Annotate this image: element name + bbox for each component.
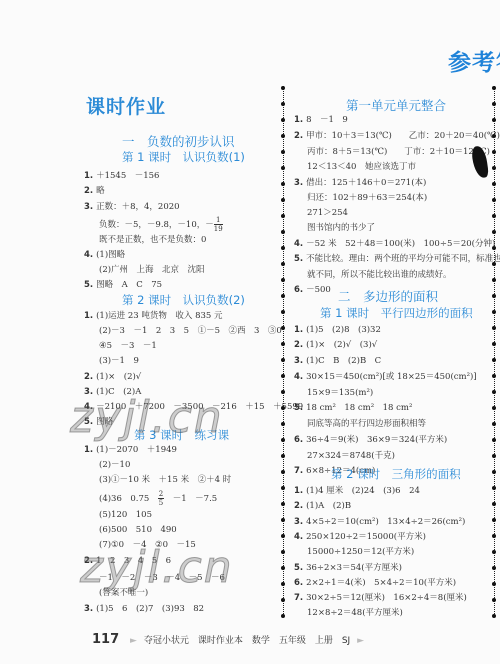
answer-line: 5. 图略 A C 75 — [84, 278, 162, 290]
question-number: 1. — [294, 486, 306, 496]
answer-text: ＋1545 －156 — [96, 171, 159, 181]
answer-text: (6)500 510 490 — [99, 525, 177, 535]
divider-dot — [281, 198, 285, 202]
question-number: 2. — [294, 131, 306, 141]
answer-line: (5)120 105 — [99, 508, 152, 520]
divider-dot — [492, 150, 496, 154]
answer-text: (1)× (2)√ (3)√ — [306, 340, 377, 350]
answer-text: 27×324＝8748(千克) — [307, 451, 395, 461]
divider-dot — [281, 598, 285, 602]
question-number: 2. — [294, 340, 306, 350]
answer-text: 归还：102＋89＋63＝254(本) — [307, 193, 427, 203]
right-lesson1-title: 第 1 课时 平行四边形的面积 — [320, 305, 473, 321]
answer-line: 图书馆内的书少了 — [307, 221, 375, 233]
answer-text: 30×15＝450(cm²)[或 18×25＝450(cm²)] — [306, 372, 477, 382]
answer-text: 借出：125＋146＋0＝271(本) — [306, 178, 426, 188]
question-number: 3. — [84, 604, 96, 614]
answer-line: (3)①－10 米 ＋15 米 ②＋4 时 — [99, 473, 231, 485]
divider-dot — [492, 454, 496, 458]
answer-text: (3)－1 9 — [99, 356, 139, 366]
question-number: 4. — [294, 372, 306, 382]
answer-text: (2)－10 — [99, 460, 130, 470]
answer-line: (6)500 510 490 — [99, 523, 177, 535]
answer-line: 5. 不能比较。理由：两个班的平均分可能不同，标准也 — [294, 252, 500, 264]
page-number: 117 — [92, 632, 119, 647]
answer-line: 6. 2×2÷1＝4(米) 5×4÷2＝10(平方米) — [294, 576, 456, 588]
divider-dot — [281, 118, 285, 122]
answer-line: 15×9＝135(m²) — [307, 386, 373, 398]
reference-answers-heading: 参考答 — [448, 44, 500, 77]
divider-dot — [492, 86, 496, 90]
answer-text: (4)36 0.75 — [99, 494, 158, 504]
answer-line: 4. (1)图略 — [84, 248, 125, 260]
divider-dot — [492, 502, 496, 506]
answer-text: 丙市：8＋5＝13(℃) 丁市：2＋10＝12(℃) — [307, 147, 490, 157]
answer-text: 15000÷1250＝12(平方米) — [307, 547, 414, 557]
column-divider-right — [494, 86, 495, 616]
answer-line: (2)－3 －1 2 3 5 ①－5 ②西 3 ③0 — [99, 324, 282, 336]
divider-dot — [492, 326, 496, 330]
divider-dot — [281, 246, 285, 250]
answer-line: 3. 4×5÷2＝10(cm²) 13×4÷2＝26(cm²) — [294, 515, 465, 527]
divider-dot — [281, 182, 285, 186]
divider-dot — [492, 470, 496, 474]
answer-text: 12＜13＜40 她应该选丁市 — [307, 162, 416, 172]
divider-dot — [281, 262, 285, 266]
answer-line: 负数：－5，－9.8，－10，－119 — [99, 216, 223, 233]
question-number: 1. — [294, 325, 306, 335]
footer-text: 夺冠小状元 课时作业本 数学 五年级 上册 SJ — [144, 636, 350, 646]
divider-dot — [281, 550, 285, 554]
answer-text: 271＞254 — [307, 208, 348, 218]
answer-text: 2×2÷1＝4(米) 5×4÷2＝10(平方米) — [306, 578, 456, 588]
right-lesson2-title: 第 2 课时 三角形的面积 — [331, 466, 461, 482]
answer-text: (1)5 6 (2)7 (3)93 82 — [96, 604, 204, 614]
answer-line: 1. (1)运进 23 吨货物 收入 835 元 — [84, 309, 223, 321]
question-number: 1. — [84, 445, 96, 455]
divider-dot — [281, 326, 285, 330]
divider-dot — [281, 534, 285, 538]
answer-line: 5. 18 cm² 18 cm² 18 cm² — [294, 401, 412, 413]
question-number: 5. — [294, 563, 306, 573]
divider-dot — [492, 374, 496, 378]
divider-dot — [492, 358, 496, 362]
left-lesson2-title: 第 2 课时 认识负数(2) — [122, 292, 245, 308]
answer-line: 2. 甲市：10＋3＝13(℃) 乙市：20＋20＝40(℃) — [294, 129, 500, 141]
divider-dot — [492, 614, 496, 618]
answer-text: (2)广州 上海 北京 沈阳 — [99, 265, 205, 275]
divider-dot — [281, 390, 285, 394]
question-number: 1. — [84, 311, 96, 321]
question-number: 1. — [84, 171, 96, 181]
answer-text: 12×8÷2＝48(平方厘米) — [307, 608, 403, 618]
divider-dot — [492, 598, 496, 602]
question-number: 4. — [294, 532, 306, 542]
unit1-review-title: 第一单元单元整合 — [346, 96, 446, 114]
answer-line: 1. (1)－2070 ＋1949 — [84, 443, 177, 455]
divider-dot — [492, 550, 496, 554]
answer-line: 15000÷1250＝12(平方米) — [307, 545, 414, 557]
divider-dot — [281, 566, 285, 570]
question-number: 1. — [294, 115, 306, 125]
divider-dot — [492, 214, 496, 218]
question-number: 6. — [294, 578, 306, 588]
divider-dot — [281, 134, 285, 138]
divider-dot — [492, 566, 496, 570]
answer-text: －500 — [306, 285, 331, 295]
divider-dot — [281, 342, 285, 346]
answer-text: (1)运进 23 吨货物 收入 835 元 — [96, 311, 222, 321]
answer-text: －1 －7.5 — [164, 494, 217, 504]
answer-text: (1)图略 — [96, 250, 125, 260]
divider-dot — [281, 470, 285, 474]
answer-line: 丙市：8＋5＝13(℃) 丁市：2＋10＝12(℃) — [307, 145, 490, 157]
answer-text: 同底等高的平行四边形面积相等 — [307, 419, 426, 429]
divider-dot — [281, 374, 285, 378]
answer-key-page: 参考答 课时作业 一 负数的初步认识 第 1 课时 认识负数(1) 1. ＋15… — [0, 0, 500, 664]
answer-text: 36÷4＝9(米) 36×9＝324(平方米) — [306, 435, 447, 445]
question-number: 2. — [294, 501, 306, 511]
question-number: 6. — [294, 435, 306, 445]
question-number: 7. — [294, 466, 306, 476]
answer-line: 12＜13＜40 她应该选丁市 — [307, 160, 416, 172]
answer-line: 1. (1)4 厘米 (2)24 (3)6 24 — [294, 484, 420, 496]
page-title: 课时作业 — [86, 92, 166, 119]
question-number: 2. — [84, 372, 96, 382]
divider-dot — [281, 486, 285, 490]
answer-text: (1)C B (2)B C — [306, 356, 381, 366]
answer-text: 图略 A C 75 — [96, 280, 162, 290]
divider-dot — [281, 294, 285, 298]
answer-text: (1)5 (2)8 (3)32 — [306, 325, 381, 335]
answer-line: 同底等高的平行四边形面积相等 — [307, 417, 426, 429]
answer-line: 1. ＋1545 －156 — [84, 169, 159, 181]
divider-dot — [492, 278, 496, 282]
answer-line: 6. 36÷4＝9(米) 36×9＝324(平方米) — [294, 433, 447, 445]
divider-dot — [281, 582, 285, 586]
divider-dot — [492, 486, 496, 490]
divider-dot — [281, 422, 285, 426]
answer-line: 3. (1)C B (2)B C — [294, 354, 381, 366]
answer-text: 图书馆内的书少了 — [307, 223, 375, 233]
answer-line: 4. －52 米 52＋48＝100(米) 100÷5＝20(分钟) — [294, 237, 495, 249]
divider-dot — [492, 230, 496, 234]
question-number: 3. — [294, 356, 306, 366]
answer-text: 略 — [96, 186, 105, 196]
divider-dot — [492, 182, 496, 186]
answer-text: 正数：＋8，4，2020 — [96, 202, 179, 212]
answer-text: (1)4 厘米 (2)24 (3)6 24 — [306, 486, 420, 496]
unit1-title: 一 负数的初步认识 — [122, 132, 235, 150]
answer-text: (1)A (2)B — [306, 501, 351, 511]
answer-line: (2)广州 上海 北京 沈阳 — [99, 263, 205, 275]
arrow-icon: ► — [130, 636, 137, 646]
fraction: 119 — [214, 216, 223, 233]
divider-dot — [281, 278, 285, 282]
answer-text: 15×9＝135(m²) — [307, 388, 373, 398]
answer-text: 250×120÷2＝15000(平方米) — [306, 532, 426, 542]
divider-dot — [281, 102, 285, 106]
unit2-title: 二 多边形的面积 — [338, 287, 438, 305]
answer-text: －52 米 52＋48＝100(米) 100÷5＝20(分钟) — [306, 239, 495, 249]
answer-text: 18 cm² 18 cm² 18 cm² — [306, 403, 412, 413]
answer-line: 2. 略 — [84, 184, 105, 196]
answer-line: 3. 正数：＋8，4，2020 — [84, 200, 180, 212]
answer-line: 就不同，所以不能比较出谁的成绩好。 — [307, 268, 452, 280]
divider-dot — [492, 518, 496, 522]
divider-dot — [281, 166, 285, 170]
answer-text: ④5 －3 －1 — [99, 341, 157, 351]
answer-line: 12×8÷2＝48(平方厘米) — [307, 606, 403, 618]
question-number: 4. — [294, 239, 306, 249]
divider-dot — [281, 518, 285, 522]
question-number: 5. — [294, 254, 306, 264]
answer-line: 归还：102＋89＋63＝254(本) — [307, 191, 427, 203]
question-number: 4. — [84, 250, 96, 260]
answer-text: 8 －1 9 — [306, 115, 348, 125]
answer-text: (2)－3 －1 2 3 5 ①－5 ②西 3 ③0 — [99, 326, 282, 336]
answer-line: 3. (1)5 6 (2)7 (3)93 82 — [84, 602, 204, 614]
divider-dot — [281, 502, 285, 506]
question-number: 7. — [294, 593, 306, 603]
divider-dot — [492, 422, 496, 426]
page-footer: 117 ► 夺冠小状元 课时作业本 数学 五年级 上册 SJ ► — [92, 632, 368, 647]
divider-dot — [492, 166, 496, 170]
question-number: 6. — [294, 285, 306, 295]
divider-dot — [281, 438, 285, 442]
divider-dot — [281, 150, 285, 154]
answer-line: 4. 30×15＝450(cm²)[或 18×25＝450(cm²)] — [294, 370, 477, 382]
answer-line: 6. －500 — [294, 283, 331, 295]
divider-dot — [492, 406, 496, 410]
answer-text: 就不同，所以不能比较出谁的成绩好。 — [307, 270, 452, 280]
divider-dot — [492, 118, 496, 122]
divider-dot — [492, 438, 496, 442]
answer-text: (3)①－10 米 ＋15 米 ②＋4 时 — [99, 475, 231, 485]
answer-line: 3. 借出：125＋146＋0＝271(本) — [294, 176, 426, 188]
answer-line: 2. (1)A (2)B — [294, 499, 351, 511]
divider-dot — [492, 390, 496, 394]
answer-line: 1. (1)5 (2)8 (3)32 — [294, 323, 381, 335]
answer-line: ④5 －3 －1 — [99, 339, 157, 351]
answer-line: 27×324＝8748(千克) — [307, 449, 395, 461]
answer-text: 不能比较。理由：两个班的平均分可能不同，标准也 — [306, 254, 500, 264]
answer-text: (1)－2070 ＋1949 — [96, 445, 177, 455]
question-number: 5. — [294, 403, 306, 413]
divider-dot — [492, 294, 496, 298]
question-number: 3. — [294, 517, 306, 527]
divider-dot — [281, 358, 285, 362]
answer-line: 既不是正数，也不是负数：0 — [99, 233, 206, 245]
answer-line: 1. 8 －1 9 — [294, 113, 348, 125]
left-lesson1-title: 第 1 课时 认识负数(1) — [122, 149, 245, 165]
question-number: 3. — [294, 178, 306, 188]
answer-text: 甲市：10＋3＝13(℃) 乙市：20＋20＝40(℃) — [306, 131, 500, 141]
answer-text: 负数：－5，－9.8，－10，－ — [99, 220, 214, 230]
divider-dot — [492, 342, 496, 346]
answer-text: 4×5÷2＝10(cm²) 13×4÷2＝26(cm²) — [306, 517, 465, 527]
watermark: zyjl.cn — [70, 392, 224, 443]
divider-dot — [281, 86, 285, 90]
divider-dot — [492, 582, 496, 586]
answer-line: (2)－10 — [99, 458, 130, 470]
question-number: 5. — [84, 280, 96, 290]
answer-line: 7. 30×2÷5＝12(厘米) 16×2÷4＝8(厘米) — [294, 591, 467, 603]
divider-dot — [492, 198, 496, 202]
divider-dot — [492, 310, 496, 314]
answer-line: 4. 250×120÷2＝15000(平方米) — [294, 530, 426, 542]
divider-dot — [281, 214, 285, 218]
divider-dot — [281, 406, 285, 410]
answer-text: 36÷2×3＝54(平方厘米) — [306, 563, 402, 573]
answer-text: 30×2÷5＝12(厘米) 16×2÷4＝8(厘米) — [306, 593, 467, 603]
answer-text: (1)× (2)√ — [96, 372, 141, 382]
watermark-2: zyjl.cn — [80, 542, 234, 593]
divider-dot — [281, 310, 285, 314]
question-number: 3. — [84, 202, 96, 212]
answer-line: (4)36 0.75 25 －1 －7.5 — [99, 490, 217, 507]
question-number: 2. — [84, 186, 96, 196]
column-divider-left — [283, 86, 284, 616]
answer-line: 5. 36÷2×3＝54(平方厘米) — [294, 561, 402, 573]
divider-dot — [281, 454, 285, 458]
answer-line: 2. (1)× (2)√ (3)√ — [294, 338, 377, 350]
arrow-icon: ► — [357, 636, 364, 646]
answer-text: 既不是正数，也不是负数：0 — [99, 235, 206, 245]
answer-text: (5)120 105 — [99, 510, 152, 520]
divider-dot — [281, 614, 285, 618]
divider-dot — [492, 102, 496, 106]
answer-line: (3)－1 9 — [99, 354, 139, 366]
divider-dot — [281, 230, 285, 234]
answer-line: 271＞254 — [307, 206, 348, 218]
divider-dot — [492, 534, 496, 538]
answer-line: 2. (1)× (2)√ — [84, 370, 141, 382]
